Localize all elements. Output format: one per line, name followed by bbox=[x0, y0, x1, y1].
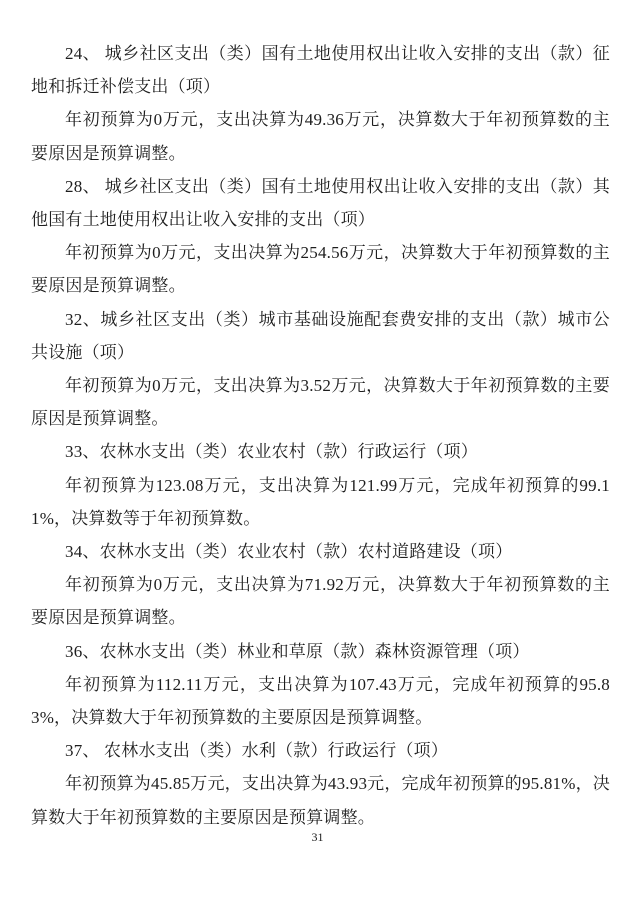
section-33-heading: 33、农林水支出（类）农业农村（款）行政运行（项） bbox=[31, 435, 610, 468]
section-36-heading: 36、农林水支出（类）林业和草原（款）森林资源管理（项） bbox=[31, 635, 610, 668]
section-28-body: 年初预算为0万元，支出决算为254.56万元，决算数大于年初预算数的主要原因是预… bbox=[31, 236, 610, 302]
page-number: 31 bbox=[0, 829, 635, 845]
section-28-heading: 28、 城乡社区支出（类）国有土地使用权出让收入安排的支出（款）其他国有土地使用… bbox=[31, 170, 610, 236]
document-content: 24、 城乡社区支出（类）国有土地使用权出让收入安排的支出（款）征地和拆迁补偿支… bbox=[0, 0, 635, 834]
section-32-heading: 32、城乡社区支出（类）城市基础设施配套费安排的支出（款）城市公共设施（项） bbox=[31, 303, 610, 369]
section-36-body: 年初预算为112.11万元，支出决算为107.43万元，完成年初预算的95.83… bbox=[31, 668, 610, 734]
section-33-body: 年初预算为123.08万元，支出决算为121.99万元，完成年初预算的99.11… bbox=[31, 469, 610, 535]
section-34-heading: 34、农林水支出（类）农业农村（款）农村道路建设（项） bbox=[31, 535, 610, 568]
document-page: 24、 城乡社区支出（类）国有土地使用权出让收入安排的支出（款）征地和拆迁补偿支… bbox=[0, 0, 635, 898]
section-37-heading: 37、 农林水支出（类）水利（款）行政运行（项） bbox=[31, 734, 610, 767]
section-32-body: 年初预算为0万元，支出决算为3.52万元，决算数大于年初预算数的主要原因是预算调… bbox=[31, 369, 610, 435]
section-24-body: 年初预算为0万元，支出决算为49.36万元，决算数大于年初预算数的主要原因是预算… bbox=[31, 103, 610, 169]
section-37-body: 年初预算为45.85万元，支出决算为43.93元，完成年初预算的95.81%，决… bbox=[31, 767, 610, 833]
section-24-heading: 24、 城乡社区支出（类）国有土地使用权出让收入安排的支出（款）征地和拆迁补偿支… bbox=[31, 37, 610, 103]
section-34-body: 年初预算为0万元，支出决算为71.92万元，决算数大于年初预算数的主要原因是预算… bbox=[31, 568, 610, 634]
